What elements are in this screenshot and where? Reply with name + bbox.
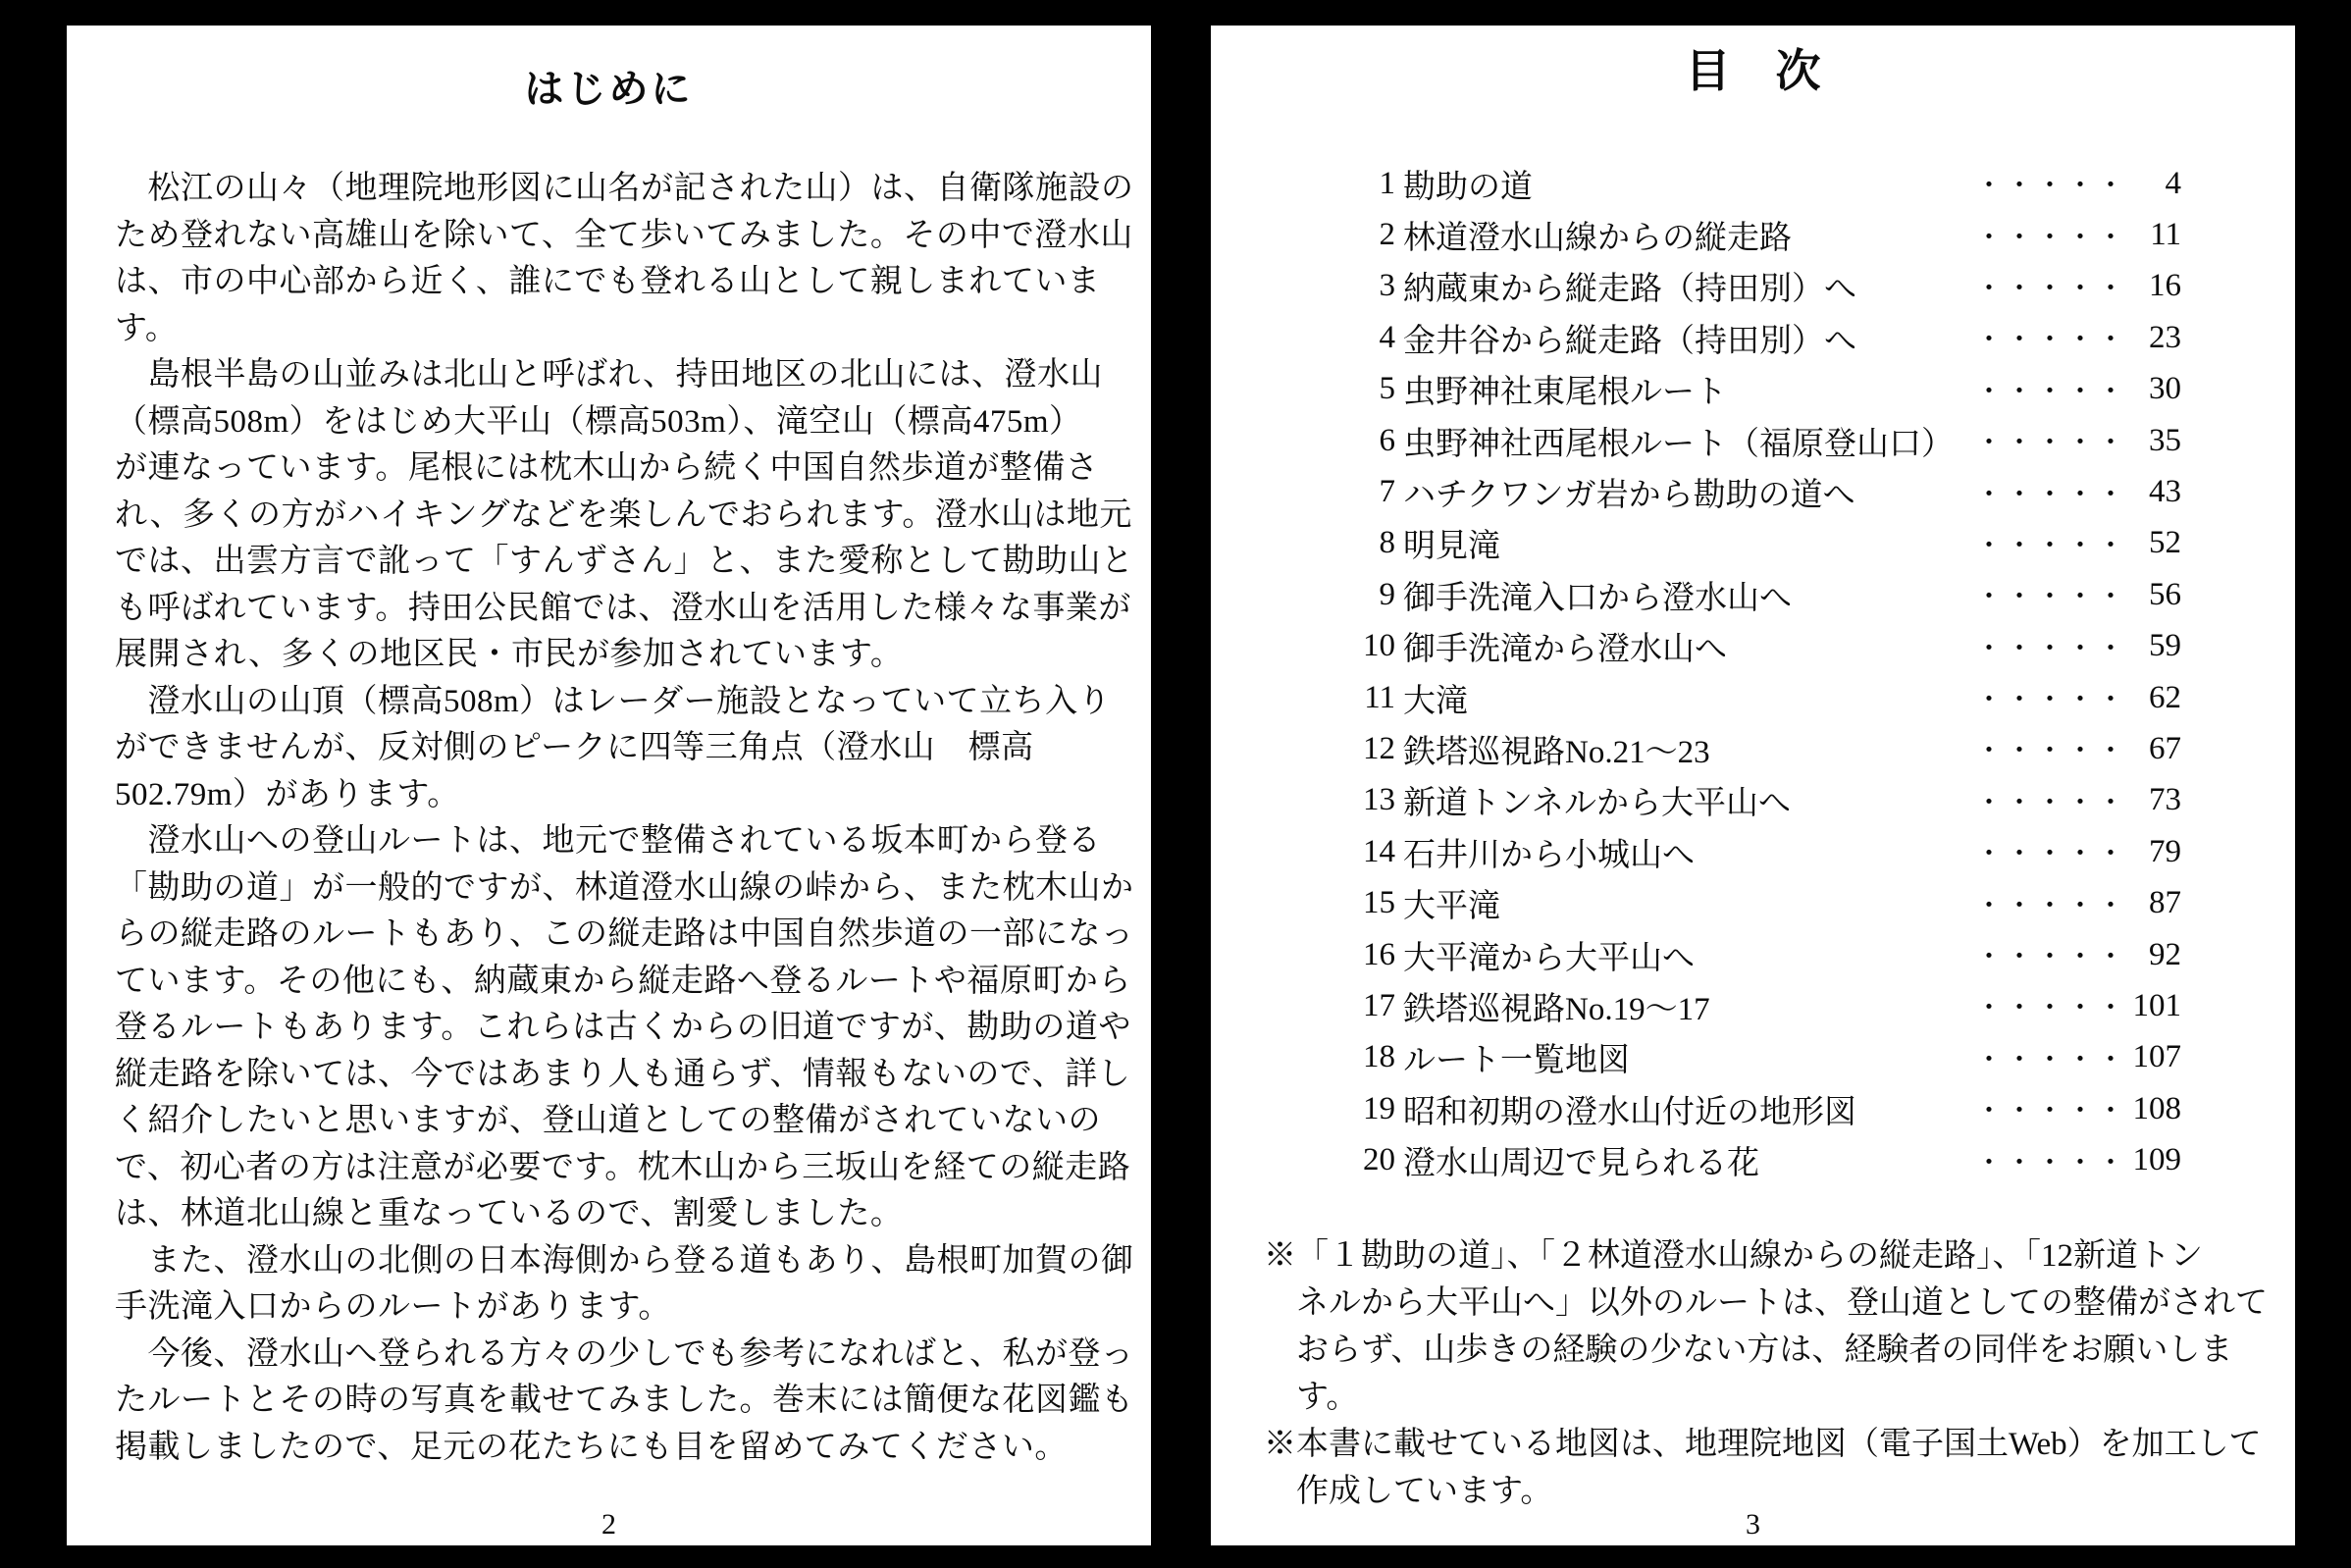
toc-row: 1 勘助の道 ・・・・・ 4 bbox=[1329, 158, 2181, 209]
toc-item-number: 13 bbox=[1329, 782, 1395, 818]
toc-row: 6 虫野神社西尾根ルート（福原登山口） ・・・・・ 35 bbox=[1329, 415, 2181, 466]
intro-page-title: はじめに bbox=[67, 70, 1151, 109]
toc-row: 5 虫野神社東尾根ルート ・・・・・ 30 bbox=[1329, 364, 2181, 415]
toc-item-page: 87 bbox=[2127, 885, 2181, 921]
toc-item-label: 虫野神社東尾根ルート bbox=[1395, 366, 1975, 412]
intro-text-line: 手洗滝入口からのルートがあります。 bbox=[115, 1284, 1141, 1332]
note-line: おらず、山歩きの経験の少ない方は、経験者の同伴をお願いしま bbox=[1264, 1327, 2285, 1374]
toc-row: 10 御手洗滝から澄水山へ ・・・・・ 59 bbox=[1329, 621, 2181, 672]
toc-item-number: 12 bbox=[1329, 731, 1395, 767]
toc-row: 12 鉄塔巡視路No.21〜23 ・・・・・ 67 bbox=[1329, 723, 2181, 774]
intro-text-line: く紹介したいと思いますが、登山道としての整備がされていないの bbox=[115, 1098, 1141, 1145]
toc-leader-dots: ・・・・・ bbox=[1975, 781, 2127, 820]
toc-leader-dots: ・・・・・ bbox=[1975, 1141, 2127, 1180]
toc-item-page: 23 bbox=[2127, 320, 2181, 356]
toc-leader-dots: ・・・・・ bbox=[1975, 216, 2127, 255]
toc-row: 14 石井川から小城山へ ・・・・・ 79 bbox=[1329, 826, 2181, 877]
toc-item-number: 17 bbox=[1329, 988, 1395, 1024]
toc-item-label: 虫野神社西尾根ルート（福原登山口） bbox=[1395, 418, 1975, 464]
intro-text-line: も呼ばれています。持田公民館では、澄水山を活用した様々な事業が bbox=[115, 586, 1141, 633]
toc-item-label: 昭和初期の澄水山付近の地形図 bbox=[1395, 1086, 1975, 1132]
intro-text-line: で、初心者の方は注意が必要です。枕木山から三坂山を経ての縦走路 bbox=[115, 1145, 1141, 1192]
intro-text-line: れ、多くの方がハイキングなどを楽しんでおられます。澄水山は地元 bbox=[115, 493, 1141, 540]
toc-item-number: 8 bbox=[1329, 525, 1395, 561]
intro-text-line: 縦走路を除いては、今ではあまり人も通らず、情報もないので、詳し bbox=[115, 1052, 1141, 1099]
toc-row: 20 澄水山周辺で見られる花 ・・・・・ 109 bbox=[1329, 1134, 2181, 1185]
note-line: す。 bbox=[1264, 1374, 2285, 1421]
toc-item-number: 7 bbox=[1329, 474, 1395, 510]
toc-item-page: 16 bbox=[2127, 268, 2181, 304]
page-number-right: 3 bbox=[1211, 1508, 2295, 1542]
toc-item-label: 林道澄水山線からの縦走路 bbox=[1395, 212, 1975, 258]
note-line: ネルから大平山へ」以外のルートは、登山道としての整備がされて bbox=[1264, 1280, 2285, 1327]
toc-leader-dots: ・・・・・ bbox=[1975, 1089, 2127, 1128]
toc-item-page: 11 bbox=[2127, 217, 2181, 253]
toc-item-number: 4 bbox=[1329, 320, 1395, 356]
toc-row: 18 ルート一覧地図 ・・・・・ 107 bbox=[1329, 1032, 2181, 1083]
toc-item-number: 9 bbox=[1329, 577, 1395, 613]
intro-text-line: たルートとその時の写真を載せてみました。巻末には簡便な花図鑑も bbox=[115, 1378, 1141, 1425]
toc-item-page: 67 bbox=[2127, 731, 2181, 767]
intro-text-line: ができませんが、反対側のピークに四等三角点（澄水山 標高 bbox=[115, 725, 1141, 772]
intro-text-line: 登るルートもあります。これらは古くからの旧道ですが、勘助の道や bbox=[115, 1005, 1141, 1052]
toc-item-number: 18 bbox=[1329, 1039, 1395, 1075]
intro-text-line: 今後、澄水山へ登られる方々の少しでも参考になればと、私が登っ bbox=[115, 1332, 1141, 1379]
intro-text-line: 澄水山の山頂（標高508m）はレーダー施設となっていて立ち入り bbox=[115, 679, 1141, 726]
intro-text-line: は、市の中心部から近く、誰にでも登れる山として親しまれていま bbox=[115, 259, 1141, 306]
toc-item-page: 56 bbox=[2127, 577, 2181, 613]
toc-item-page: 43 bbox=[2127, 474, 2181, 510]
toc-item-number: 10 bbox=[1329, 628, 1395, 664]
toc-item-label: 鉄塔巡視路No.19〜17 bbox=[1395, 983, 1975, 1029]
toc-item-page: 101 bbox=[2127, 988, 2181, 1024]
toc-item-label: ルート一覧地図 bbox=[1395, 1034, 1975, 1080]
toc-leader-dots: ・・・・・ bbox=[1975, 986, 2127, 1025]
intro-text-line: ため登れない高雄山を除いて、全て歩いてみました。その中で澄水山 bbox=[115, 213, 1141, 260]
toc-item-label: 御手洗滝から澄水山へ bbox=[1395, 623, 1975, 669]
intro-text-line: は、林道北山線と重なっているので、割愛しました。 bbox=[115, 1191, 1141, 1238]
toc-row: 15 大平滝 ・・・・・ 87 bbox=[1329, 877, 2181, 928]
toc-item-page: 62 bbox=[2127, 680, 2181, 716]
toc-row: 4 金井谷から縦走路（持田別）へ ・・・・・ 23 bbox=[1329, 312, 2181, 363]
toc-leader-dots: ・・・・・ bbox=[1975, 884, 2127, 923]
toc-leader-dots: ・・・・・ bbox=[1975, 1038, 2127, 1077]
toc-leader-dots: ・・・・・ bbox=[1975, 473, 2127, 512]
toc-item-label: 金井谷から縦走路（持田別）へ bbox=[1395, 315, 1975, 361]
toc-item-label: ハチクワンガ岩から勘助の道へ bbox=[1395, 469, 1975, 515]
toc-row: 17 鉄塔巡視路No.19〜17 ・・・・・ 101 bbox=[1329, 980, 2181, 1031]
intro-text-line: 「勘助の道」が一般的ですが、林道澄水山線の峠から、また枕木山か bbox=[115, 865, 1141, 913]
intro-text-line: ています。その他にも、納蔵東から縦走路へ登るルートや福原町から bbox=[115, 959, 1141, 1006]
toc-item-number: 19 bbox=[1329, 1091, 1395, 1127]
toc-item-page: 108 bbox=[2127, 1091, 2181, 1127]
toc-leader-dots: ・・・・・ bbox=[1975, 318, 2127, 357]
toc-item-label: 大平滝から大平山へ bbox=[1395, 932, 1975, 978]
toc-item-number: 11 bbox=[1329, 680, 1395, 716]
intro-text-line: また、澄水山の北側の日本海側から登る道もあり、島根町加賀の御 bbox=[115, 1238, 1141, 1285]
toc-leader-dots: ・・・・・ bbox=[1975, 678, 2127, 717]
toc-row: 3 納蔵東から縦走路（持田別）へ ・・・・・ 16 bbox=[1329, 261, 2181, 312]
toc-item-number: 6 bbox=[1329, 423, 1395, 459]
toc-page: 目 次 1 勘助の道 ・・・・・ 4 2 林道澄水山線からの縦走路 ・・・・・ … bbox=[1211, 26, 2295, 1545]
toc-item-number: 2 bbox=[1329, 217, 1395, 253]
toc-leader-dots: ・・・・・ bbox=[1975, 729, 2127, 768]
toc-leader-dots: ・・・・・ bbox=[1975, 832, 2127, 871]
toc-item-label: 新道トンネルから大平山へ bbox=[1395, 777, 1975, 823]
intro-body: 松江の山々（地理院地形図に山名が記された山）は、自衛隊施設の ため登れない高雄山… bbox=[67, 166, 1151, 1471]
toc-item-page: 52 bbox=[2127, 525, 2181, 561]
intro-text-line: す。 bbox=[115, 306, 1141, 353]
toc-row: 8 明見滝 ・・・・・ 52 bbox=[1329, 518, 2181, 569]
toc-item-number: 16 bbox=[1329, 937, 1395, 973]
toc-item-page: 107 bbox=[2127, 1039, 2181, 1075]
toc-leader-dots: ・・・・・ bbox=[1975, 164, 2127, 203]
toc-item-page: 4 bbox=[2127, 166, 2181, 202]
toc-row: 13 新道トンネルから大平山へ ・・・・・ 73 bbox=[1329, 775, 2181, 826]
toc-leader-dots: ・・・・・ bbox=[1975, 370, 2127, 409]
intro-text-line: 502.79m）があります。 bbox=[115, 772, 1141, 819]
toc-leader-dots: ・・・・・ bbox=[1975, 421, 2127, 460]
toc-item-number: 15 bbox=[1329, 885, 1395, 921]
toc-row: 19 昭和初期の澄水山付近の地形図 ・・・・・ 108 bbox=[1329, 1083, 2181, 1134]
toc-item-number: 1 bbox=[1329, 166, 1395, 202]
toc-item-label: 御手洗滝入口から澄水山へ bbox=[1395, 572, 1975, 618]
toc-leader-dots: ・・・・・ bbox=[1975, 267, 2127, 306]
intro-text-line: 松江の山々（地理院地形図に山名が記された山）は、自衛隊施設の bbox=[115, 166, 1141, 213]
toc-item-page: 30 bbox=[2127, 371, 2181, 407]
toc-row: 16 大平滝から大平山へ ・・・・・ 92 bbox=[1329, 929, 2181, 980]
toc-list: 1 勘助の道 ・・・・・ 4 2 林道澄水山線からの縦走路 ・・・・・ 11 3… bbox=[1329, 158, 2181, 1186]
page-number-left: 2 bbox=[67, 1508, 1151, 1542]
toc-item-number: 20 bbox=[1329, 1142, 1395, 1178]
note-line: ※「１勘助の道」、「２林道澄水山線からの縦走路」、「12新道トン bbox=[1264, 1232, 2285, 1280]
intro-text-line: が連なっています。尾根には枕木山から続く中国自然歩道が整備さ bbox=[115, 445, 1141, 493]
toc-row: 2 林道澄水山線からの縦走路 ・・・・・ 11 bbox=[1329, 209, 2181, 260]
intro-text-line: （標高508m）をはじめ大平山（標高503m）、滝空山（標高475m） bbox=[115, 399, 1141, 446]
toc-item-page: 92 bbox=[2127, 937, 2181, 973]
toc-item-label: 納蔵東から縦走路（持田別）へ bbox=[1395, 263, 1975, 309]
toc-row: 7 ハチクワンガ岩から勘助の道へ ・・・・・ 43 bbox=[1329, 466, 2181, 517]
toc-item-page: 35 bbox=[2127, 423, 2181, 459]
intro-text-line: らの縦走路のルートもあり、この縦走路は中国自然歩道の一部になっ bbox=[115, 912, 1141, 959]
toc-item-label: 大滝 bbox=[1395, 675, 1975, 721]
toc-item-page: 79 bbox=[2127, 834, 2181, 870]
toc-leader-dots: ・・・・・ bbox=[1975, 575, 2127, 614]
toc-notes: ※「１勘助の道」、「２林道澄水山線からの縦走路」、「12新道トン ネルから大平山… bbox=[1211, 1232, 2295, 1515]
toc-row: 11 大滝 ・・・・・ 62 bbox=[1329, 672, 2181, 723]
toc-item-label: 大平滝 bbox=[1395, 880, 1975, 926]
intro-text-line: では、出雲方言で訛って「すんずさん」と、また愛称として勘助山と bbox=[115, 539, 1141, 586]
toc-row: 9 御手洗滝入口から澄水山へ ・・・・・ 56 bbox=[1329, 569, 2181, 620]
toc-item-label: 明見滝 bbox=[1395, 520, 1975, 566]
intro-text-line: 掲載しましたので、足元の花たちにも目を留めてみてください。 bbox=[115, 1425, 1141, 1472]
toc-item-label: 石井川から小城山へ bbox=[1395, 829, 1975, 875]
toc-item-page: 59 bbox=[2127, 628, 2181, 664]
toc-item-page: 73 bbox=[2127, 782, 2181, 818]
toc-leader-dots: ・・・・・ bbox=[1975, 524, 2127, 563]
toc-item-page: 109 bbox=[2127, 1142, 2181, 1178]
toc-leader-dots: ・・・・・ bbox=[1975, 935, 2127, 974]
intro-text-line: 澄水山への登山ルートは、地元で整備されている坂本町から登る bbox=[115, 818, 1141, 865]
intro-text-line: 展開され、多くの地区民・市民が参加されています。 bbox=[115, 632, 1141, 679]
toc-page-title: 目 次 bbox=[1211, 49, 2295, 94]
toc-item-number: 5 bbox=[1329, 371, 1395, 407]
toc-item-label: 鉄塔巡視路No.21〜23 bbox=[1395, 726, 1975, 772]
intro-text-line: 島根半島の山並みは北山と呼ばれ、持田地区の北山には、澄水山 bbox=[115, 352, 1141, 399]
toc-item-number: 14 bbox=[1329, 834, 1395, 870]
toc-item-number: 3 bbox=[1329, 268, 1395, 304]
note-line: ※本書に載せている地図は、地理院地図（電子国土Web）を加工して bbox=[1264, 1421, 2285, 1468]
toc-leader-dots: ・・・・・ bbox=[1975, 627, 2127, 666]
intro-page: はじめに 松江の山々（地理院地形図に山名が記された山）は、自衛隊施設の ため登れ… bbox=[67, 26, 1151, 1545]
toc-item-label: 勘助の道 bbox=[1395, 161, 1975, 207]
toc-item-label: 澄水山周辺で見られる花 bbox=[1395, 1137, 1975, 1183]
